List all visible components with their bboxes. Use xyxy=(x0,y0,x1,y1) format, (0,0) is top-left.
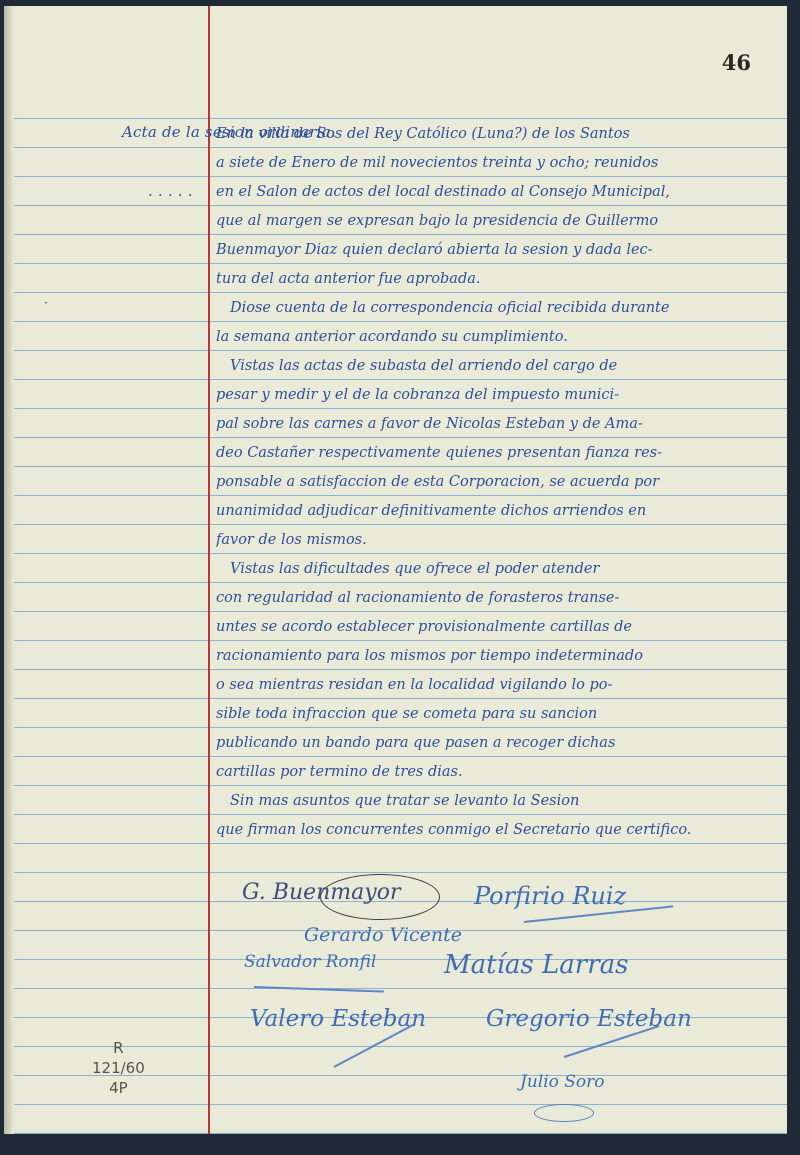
body-line: Sin mas asuntos que tratar se levanto la… xyxy=(216,790,776,819)
body-line: a siete de Enero de mil novecientos trei… xyxy=(216,152,776,181)
signature-flourish xyxy=(254,986,384,993)
red-margin-line xyxy=(208,6,210,1134)
body-line: Buenmayor Diaz quien declaró abierta la … xyxy=(216,239,776,268)
signature: Salvador Ronfil xyxy=(244,952,376,972)
margin-mark: · xyxy=(44,296,48,310)
archive-annotation: R 121/60 4P xyxy=(92,1038,145,1098)
annotation-line: 4P xyxy=(92,1078,145,1098)
body-line: o sea mientras residan en la localidad v… xyxy=(216,674,776,703)
body-line: en el Salon de actos del local destinado… xyxy=(216,181,776,210)
body-line: unanimidad adjudicar definitivamente dic… xyxy=(216,500,776,529)
minutes-body: En la villa de Sos del Rey Católico (Lun… xyxy=(216,123,776,848)
body-line: cartillas por termino de tres dias. xyxy=(216,761,776,790)
body-line: con regularidad al racionamiento de fora… xyxy=(216,587,776,616)
annotation-line: R xyxy=(92,1038,145,1058)
signature: Matías Larras xyxy=(444,950,628,980)
page-header-area xyxy=(4,6,787,112)
body-line: ponsable a satisfaccion de esta Corporac… xyxy=(216,471,776,500)
body-line: sible toda infraccion que se cometa para… xyxy=(216,703,776,732)
signature: Valero Esteban xyxy=(250,1006,426,1032)
body-line: pal sobre las carnes a favor de Nicolas … xyxy=(216,413,776,442)
ledger-page: 46 Acta de la sesion ordinaria. . . . . … xyxy=(4,6,787,1134)
signature: G. Buenmayor xyxy=(242,880,400,905)
page-number: 46 xyxy=(722,50,751,75)
body-line: Vistas las dificultades que ofrece el po… xyxy=(216,558,776,587)
signature-rubric xyxy=(534,1104,594,1122)
body-line: En la villa de Sos del Rey Católico (Lun… xyxy=(216,123,776,152)
signature: Porfirio Ruiz xyxy=(474,882,626,910)
body-line: favor de los mismos. xyxy=(216,529,776,558)
margin-dots: . . . . . xyxy=(148,182,193,200)
body-line: Diose cuenta de la correspondencia ofici… xyxy=(216,297,776,326)
binding-shadow xyxy=(4,6,14,1134)
signature: Gerardo Vicente xyxy=(304,924,462,946)
body-line: que firman los concurrentes conmigo el S… xyxy=(216,819,776,848)
body-line: tura del acta anterior fue aprobada. xyxy=(216,268,776,297)
body-line: publicando un bando para que pasen a rec… xyxy=(216,732,776,761)
annotation-line: 121/60 xyxy=(92,1058,145,1078)
body-line: untes se acordo establecer provisionalme… xyxy=(216,616,776,645)
signature: Gregorio Esteban xyxy=(486,1006,692,1032)
body-line: la semana anterior acordando su cumplimi… xyxy=(216,326,776,355)
signature: Julio Soro xyxy=(520,1072,605,1092)
body-line: racionamiento para los mismos por tiempo… xyxy=(216,645,776,674)
body-line: deo Castañer respectivamente quienes pre… xyxy=(216,442,776,471)
body-line: que al margen se expresan bajo la presid… xyxy=(216,210,776,239)
body-line: pesar y medir y el de la cobranza del im… xyxy=(216,384,776,413)
body-line: Vistas las actas de subasta del arriendo… xyxy=(216,355,776,384)
